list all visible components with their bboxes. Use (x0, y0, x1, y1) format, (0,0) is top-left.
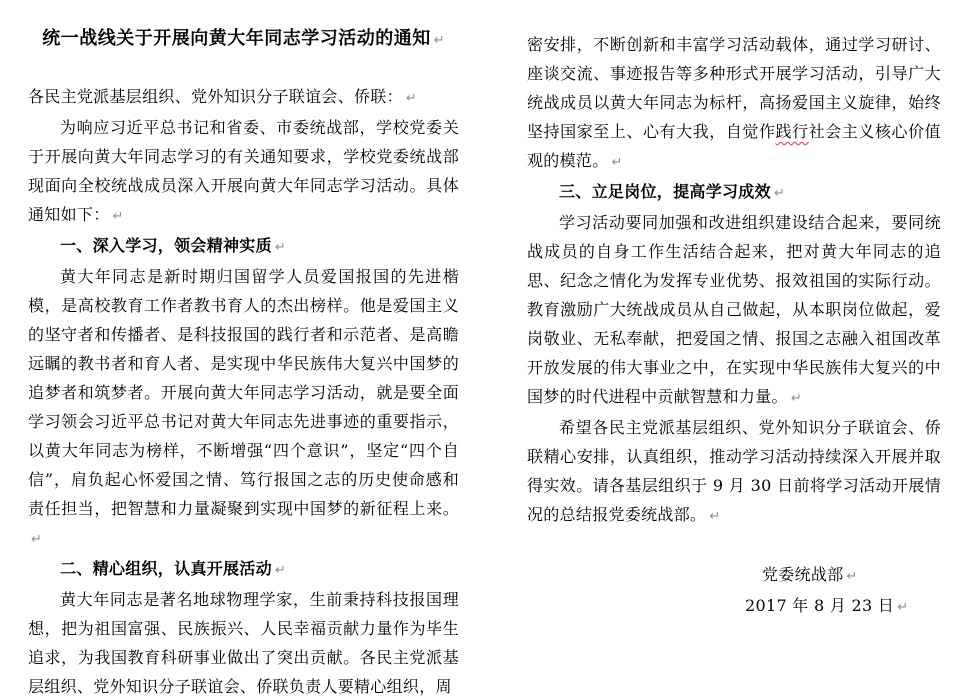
section-1-heading-text: 一、深入学习，领会精神实质 (60, 236, 272, 255)
section-2-heading: 二、精心组织，认真开展活动↵ (28, 554, 459, 585)
document-page: 统一战线关于开展向黄大年同志学习活动的通知↵ 各民主党派基层组织、党外知识分子联… (0, 0, 960, 699)
right-column: 密安排，不断创新和丰富学习活动载体，通过学习研讨、座谈交流、事迹报告等多种形式开… (527, 30, 941, 622)
document-title: 统一战线关于开展向黄大年同志学习活动的通知↵ (28, 24, 459, 56)
closing-text: 希望各民主党派基层组织、党外知识分子联谊会、侨联精心安排，认真组织，推动学习活动… (527, 418, 941, 524)
paragraph-mark: ↵ (272, 240, 286, 255)
section-2-body-continuation: 密安排，不断创新和丰富学习活动载体，通过学习研讨、座谈交流、事迹报告等多种形式开… (527, 30, 941, 177)
salutation-text: 各民主党派基层组织、党外知识分子联谊会、侨联： (28, 87, 403, 106)
paragraph-mark: ↵ (771, 186, 785, 201)
section-2-heading-text: 二、精心组织，认真开展活动 (60, 559, 272, 578)
salutation-line: 各民主党派基层组织、党外知识分子联谊会、侨联：↵ (28, 82, 459, 113)
paragraph-mark: ↵ (609, 155, 623, 170)
section-3-body-text: 学习活动要同加强和改进组织建设结合起来，要同统战成员的自身工作生活结合起来，把对… (527, 213, 941, 406)
paragraph-mark: ↵ (403, 91, 417, 106)
paragraph-mark: ↵ (272, 563, 286, 578)
intro-paragraph: 为响应习近平总书记和省委、市委统战部，学校党委关于开展向黄大年同志学习的有关通知… (28, 113, 459, 231)
blank-line (527, 531, 941, 560)
signature-date: 2017 年 8 月 23 日↵ (527, 591, 941, 622)
paragraph-mark: ↵ (28, 532, 42, 547)
paragraph-mark: ↵ (788, 391, 802, 406)
signature-org-text: 党委统战部 (762, 565, 844, 584)
section-3-body: 学习活动要同加强和改进组织建设结合起来，要同统战成员的自身工作生活结合起来，把对… (527, 208, 941, 413)
paragraph-mark: ↵ (110, 209, 124, 224)
section-2-body-left: 黄大年同志是著名地球物理学家，生前秉持科技报国理想，把为祖国富强、民族振兴、人民… (28, 585, 459, 699)
document-title-text: 统一战线关于开展向黄大年同志学习活动的通知 (42, 28, 431, 49)
paragraph-mark: ↵ (894, 600, 908, 615)
section-1-body: 黄大年同志是新时期归国留学人员爱国报国的先进楷模，是高校教育工作者教书育人的杰出… (28, 262, 459, 554)
signature-org: 党委统战部↵ (527, 560, 941, 591)
closing-paragraph: 希望各民主党派基层组织、党外知识分子联谊会、侨联精心安排，认真组织，推动学习活动… (527, 413, 941, 531)
paragraph-mark: ↵ (706, 509, 720, 524)
spellcheck-flagged-word: 践行 (776, 122, 809, 141)
signature-date-text: 2017 年 8 月 23 日 (745, 596, 894, 615)
left-column: 统一战线关于开展向黄大年同志学习活动的通知↵ 各民主党派基层组织、党外知识分子联… (28, 24, 459, 699)
section-3-heading: 三、立足岗位，提高学习成效↵ (527, 177, 941, 208)
section-1-heading: 一、深入学习，领会精神实质↵ (28, 231, 459, 262)
section-1-body-text: 黄大年同志是新时期归国留学人员爱国报国的先进楷模，是高校教育工作者教书育人的杰出… (28, 267, 459, 518)
section-3-heading-text: 三、立足岗位，提高学习成效 (559, 182, 771, 201)
paragraph-mark: ↵ (431, 33, 445, 48)
intro-text: 为响应习近平总书记和省委、市委统战部，学校党委关于开展向黄大年同志学习的有关通知… (28, 118, 459, 224)
section-2-body-left-text: 黄大年同志是著名地球物理学家，生前秉持科技报国理想，把为祖国富强、民族振兴、人民… (28, 590, 459, 696)
paragraph-mark: ↵ (844, 569, 858, 584)
